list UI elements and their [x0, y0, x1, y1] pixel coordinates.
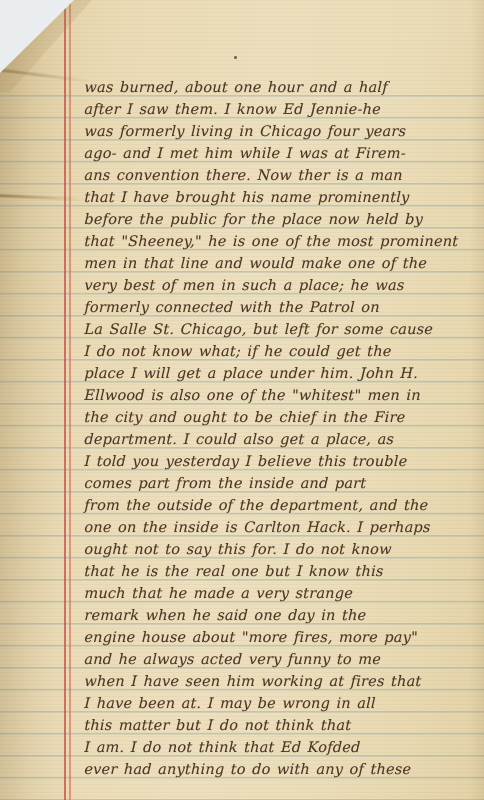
- handwritten-line: from the outside of the department, and …: [84, 495, 483, 517]
- handwritten-line: ought not to say this for. I do not know: [84, 539, 483, 561]
- handwritten-line: was burned, about one hour and a half: [84, 77, 483, 99]
- handwritten-line: La Salle St. Chicago, but left for some …: [84, 319, 483, 341]
- handwritten-line: the city and ought to be chief in the Fi…: [84, 407, 483, 429]
- handwritten-line: after I saw them. I know Ed Jennie-he: [84, 99, 483, 121]
- handwritten-line: engine house about "more fires, more pay…: [84, 627, 483, 649]
- handwritten-line: ago- and I met him while I was at Firem-: [84, 143, 483, 165]
- handwritten-line: ever had anything to do with any of thes…: [84, 759, 483, 781]
- handwritten-line: formerly connected with the Patrol on: [84, 297, 483, 319]
- handwritten-line: place I will get a place under him. John…: [84, 363, 483, 385]
- handwritten-line: Ellwood is also one of the "whitest" men…: [84, 385, 483, 407]
- letter-page: was burned, about one hour and a halfaft…: [0, 0, 484, 800]
- handwritten-line: that he is the real one but I know this: [84, 561, 483, 583]
- handwritten-line: I am. I do not think that Ed Kofded: [84, 737, 483, 759]
- handwritten-line: department. I could also get a place, as: [84, 429, 483, 451]
- handwritten-line: I have been at. I may be wrong in all: [84, 693, 483, 715]
- handwritten-line: remark when he said one day in the: [84, 605, 483, 627]
- scanned-letter: was burned, about one hour and a halfaft…: [0, 0, 484, 800]
- handwritten-line: men in that line and would make one of t…: [84, 253, 483, 275]
- handwritten-line: when I have seen him working at fires th…: [84, 671, 483, 693]
- handwritten-line: and he always acted very funny to me: [84, 649, 483, 671]
- handwritten-line: that "Sheeney," he is one of the most pr…: [84, 231, 483, 253]
- handwritten-line: very best of men in such a place; he was: [84, 275, 483, 297]
- handwritten-line: before the public for the place now held…: [84, 209, 483, 231]
- handwritten-line: much that he made a very strange: [84, 583, 483, 605]
- handwritten-line: comes part from the inside and part: [84, 473, 483, 495]
- handwritten-line: was formerly living in Chicago four year…: [84, 121, 483, 143]
- handwritten-line: one on the inside is Carlton Hack. I per…: [84, 517, 483, 539]
- letter-body: was burned, about one hour and a halfaft…: [0, 0, 484, 800]
- handwritten-line: that I have brought his name prominently: [84, 187, 483, 209]
- handwritten-line: I do not know what; if he could get the: [84, 341, 483, 363]
- handwritten-line: I told you yesterday I believe this trou…: [84, 451, 483, 473]
- handwritten-line: this matter but I do not think that: [84, 715, 483, 737]
- handwritten-line: ans convention there. Now ther is a man: [84, 165, 483, 187]
